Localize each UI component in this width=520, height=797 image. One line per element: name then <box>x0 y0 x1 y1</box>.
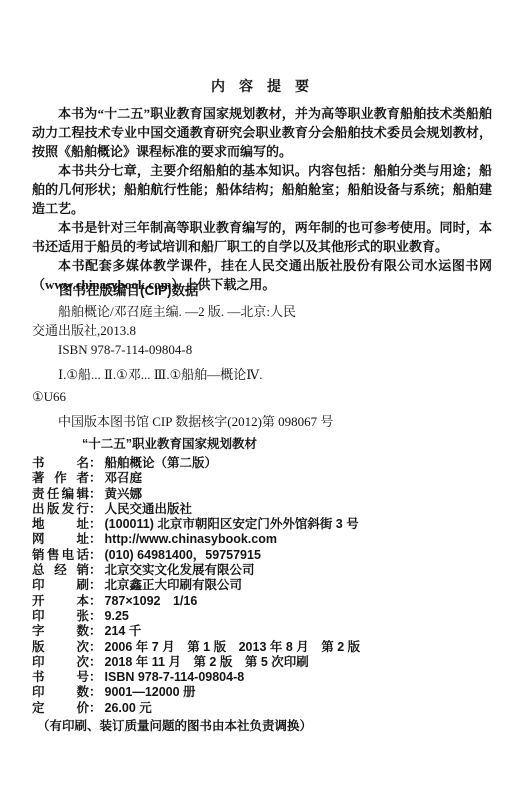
info-value: 邓召庭 <box>105 471 492 486</box>
publication-info-row: 地址：(100011) 北京市朝阳区安定门外外馆斜街 3 号 <box>32 517 492 532</box>
info-separator: ： <box>89 685 102 700</box>
publication-info-row: 版次：2006 年 7 月 第 1 版 2013 年 8 月 第 2 版 <box>32 640 492 655</box>
info-label: 定价 <box>32 701 89 716</box>
book-copyright-page: 内 容 提 要 本书为“十二五”职业教育国家规划教材，并为高等职业教育船舶技术类… <box>0 0 520 797</box>
info-label: 地址 <box>32 517 89 532</box>
publication-info-row: 书名：船舶概论（第二版） <box>32 456 492 471</box>
info-value: 2006 年 7 月 第 1 版 2013 年 8 月 第 2 版 <box>105 640 492 655</box>
info-separator: ： <box>89 701 102 716</box>
info-value: 船舶概论（第二版） <box>105 456 492 471</box>
info-separator: ： <box>89 548 102 563</box>
cip-line: 船舶概论/邓召庭主编. —2 版. —北京:人民 <box>32 302 492 321</box>
info-label: 销售电话 <box>32 548 89 563</box>
info-separator: ： <box>89 594 102 609</box>
info-label: 印数 <box>32 685 89 700</box>
info-label: 责任编辑 <box>32 487 89 502</box>
cip-data-block: 图书在版编目(CIP)数据船舶概论/邓召庭主编. —2 版. —北京:人民交通出… <box>32 281 492 431</box>
colophon-block: “十二五”职业教育国家规划教材 书名：船舶概论（第二版）著作者：邓召庭责任编辑：… <box>32 437 492 734</box>
publication-info-row: 销售电话：(010) 64981400，59757915 <box>32 548 492 563</box>
summary-paragraph: 本书为“十二五”职业教育国家规划教材，并为高等职业教育船舶技术类船舶动力工程技术… <box>32 104 492 161</box>
info-separator: ： <box>89 456 102 471</box>
publication-info-row: 责任编辑：黄兴娜 <box>32 487 492 502</box>
publication-info-row: 开本：787×1092 1/16 <box>32 594 492 609</box>
info-value: (100011) 北京市朝阳区安定门外外馆斜街 3 号 <box>105 517 492 532</box>
cip-line: ISBN 978-7-114-09804-8 <box>32 340 492 359</box>
cip-line: Ⅰ.①船... Ⅱ.①邓... Ⅲ.①船舶—概论Ⅳ. <box>32 365 492 384</box>
cip-line: ①U66 <box>32 387 492 406</box>
info-label: 出版发行 <box>32 502 89 517</box>
quality-exchange-note: （有印刷、装订质量问题的图书由本社负责调换） <box>37 719 492 734</box>
info-separator: ： <box>89 670 102 685</box>
info-separator: ： <box>89 578 102 593</box>
info-label: 版次 <box>32 640 89 655</box>
info-value: 人民交通出版社 <box>105 502 492 517</box>
info-label: 书号 <box>32 670 89 685</box>
info-value: (010) 64981400，59757915 <box>105 548 492 563</box>
info-separator: ： <box>89 517 102 532</box>
info-separator: ： <box>89 640 102 655</box>
summary-paragraph: 本书是针对三年制高等职业教育编写的，两年制的也可参考使用。同时，本书还适用于船员… <box>32 218 492 256</box>
info-value: 26.00 元 <box>105 701 492 716</box>
content-summary-block: 本书为“十二五”职业教育国家规划教材，并为高等职业教育船舶技术类船舶动力工程技术… <box>32 104 492 294</box>
info-separator: ： <box>89 487 102 502</box>
info-value: 9.25 <box>105 609 492 624</box>
cip-line: 中国版本图书馆 CIP 数据核字(2012)第 098067 号 <box>32 412 492 431</box>
info-value: 2018 年 11 月 第 2 版 第 5 次印刷 <box>105 655 492 670</box>
info-label: 字数 <box>32 624 89 639</box>
publication-info-row: 印数：9001—12000 册 <box>32 685 492 700</box>
info-label: 网址 <box>32 532 89 547</box>
info-separator: ： <box>89 609 102 624</box>
info-separator: ： <box>89 471 102 486</box>
info-label: 书名 <box>32 456 89 471</box>
publication-info-row: 印张：9.25 <box>32 609 492 624</box>
publication-info-row: 出版发行：人民交通出版社 <box>32 502 492 517</box>
info-separator: ： <box>89 563 102 578</box>
summary-paragraph: 本书共分七章，主要介绍船舶的基本知识。内容包括：船舶分类与用途；船舶的几何形状；… <box>32 161 492 218</box>
content-summary-heading: 内 容 提 要 <box>0 76 520 96</box>
info-label: 印刷 <box>32 578 89 593</box>
publication-info-row: 印刷：北京鑫正大印刷有限公司 <box>32 578 492 593</box>
info-value: 黄兴娜 <box>105 487 492 502</box>
info-separator: ： <box>89 624 102 639</box>
info-value: 北京鑫正大印刷有限公司 <box>105 578 492 593</box>
publication-info-row: 总经销：北京交实文化发展有限公司 <box>32 563 492 578</box>
publication-info-row: 著作者：邓召庭 <box>32 471 492 486</box>
info-value: ISBN 978-7-114-09804-8 <box>105 670 492 685</box>
info-value: http://www.chinasybook.com <box>105 532 492 547</box>
info-label: 著作者 <box>32 471 89 486</box>
info-value: 787×1092 1/16 <box>105 594 492 609</box>
info-value: 214 千 <box>105 624 492 639</box>
cip-line: 交通出版社,2013.8 <box>32 321 492 340</box>
publication-info-row: 字数：214 千 <box>32 624 492 639</box>
publication-info-list: 书名：船舶概论（第二版）著作者：邓召庭责任编辑：黄兴娜出版发行：人民交通出版社地… <box>32 456 492 716</box>
info-label: 总经销 <box>32 563 89 578</box>
info-separator: ： <box>89 502 102 517</box>
info-value: 北京交实文化发展有限公司 <box>105 563 492 578</box>
publication-info-row: 定价：26.00 元 <box>32 701 492 716</box>
publication-info-row: 书号：ISBN 978-7-114-09804-8 <box>32 670 492 685</box>
series-note: “十二五”职业教育国家规划教材 <box>82 437 492 452</box>
publication-info-row: 网址：http://www.chinasybook.com <box>32 532 492 547</box>
info-separator: ： <box>89 532 102 547</box>
info-label: 印次 <box>32 655 89 670</box>
info-separator: ： <box>89 655 102 670</box>
info-label: 开本 <box>32 594 89 609</box>
publication-info-row: 印次：2018 年 11 月 第 2 版 第 5 次印刷 <box>32 655 492 670</box>
cip-line: 图书在版编目(CIP)数据 <box>32 281 492 300</box>
info-value: 9001—12000 册 <box>105 685 492 700</box>
info-label: 印张 <box>32 609 89 624</box>
